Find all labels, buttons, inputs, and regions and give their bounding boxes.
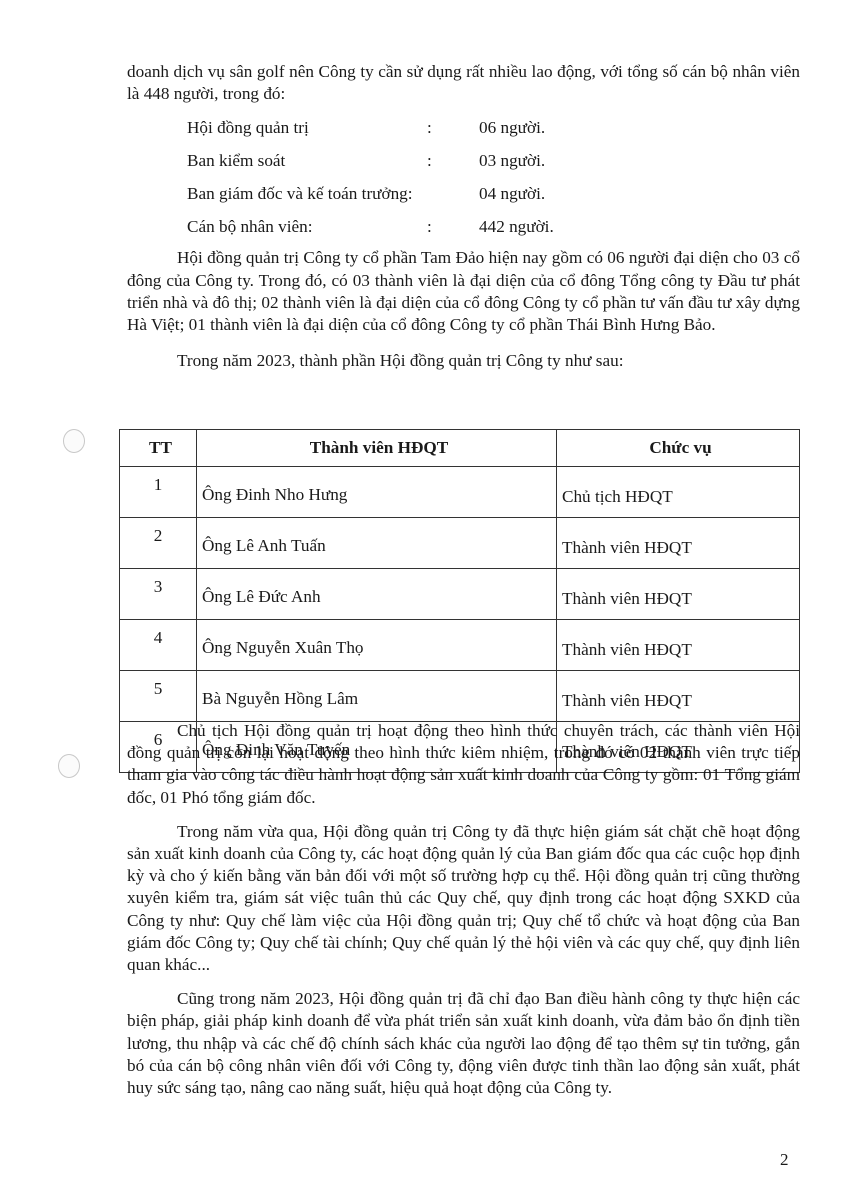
table-row: 4 Ông Nguyễn Xuân Thọ Thành viên HĐQT (120, 620, 800, 671)
staff-value: 04 người. (479, 183, 545, 205)
document-page: doanh dịch vụ sân golf nên Công ty cần s… (0, 0, 849, 1200)
cell-position: Thành viên HĐQT (557, 518, 800, 569)
table-row: 2 Ông Lê Anh Tuấn Thành viên HĐQT (120, 518, 800, 569)
staff-value: 442 người. (479, 216, 554, 238)
staff-breakdown-item: Hội đồng quản trị : 06 người. (127, 111, 800, 144)
staff-label: Ban giám đốc và kế toán trưởng: (127, 183, 427, 205)
cell-position: Thành viên HĐQT (557, 671, 800, 722)
table-row: 1 Ông Đinh Nho Hưng Chủ tịch HĐQT (120, 467, 800, 518)
cell-member-name: Ông Lê Anh Tuấn (197, 518, 557, 569)
chairman-paragraph: Chủ tịch Hội đồng quản trị hoạt động the… (127, 720, 800, 809)
staff-breakdown-item: Ban kiểm soát : 03 người. (127, 144, 800, 177)
staff-label: Ban kiểm soát (127, 150, 427, 172)
cell-tt: 3 (120, 569, 197, 620)
cell-member-name: Ông Nguyễn Xuân Thọ (197, 620, 557, 671)
header-position: Chức vụ (557, 430, 800, 467)
cell-position: Thành viên HĐQT (557, 569, 800, 620)
staff-breakdown-item: Ban giám đốc và kế toán trưởng: 04 người… (127, 177, 800, 210)
staff-breakdown-list: Hội đồng quản trị : 06 người. Ban kiểm s… (127, 111, 800, 243)
staff-label: Hội đồng quản trị (127, 117, 427, 139)
page-number: 2 (780, 1150, 789, 1170)
table-header-row: TT Thành viên HĐQT Chức vụ (120, 430, 800, 467)
intro-paragraph: doanh dịch vụ sân golf nên Công ty cần s… (127, 61, 800, 105)
header-tt: TT (120, 430, 197, 467)
supervision-paragraph: Trong năm vừa qua, Hội đồng quản trị Côn… (127, 821, 800, 976)
staff-breakdown-item: Cán bộ nhân viên: : 442 người. (127, 210, 800, 243)
cell-member-name: Ông Đinh Nho Hưng (197, 467, 557, 518)
staff-value: 03 người. (479, 150, 545, 172)
cell-member-name: Ông Lê Đức Anh (197, 569, 557, 620)
staff-colon: : (427, 216, 479, 238)
table-row: 5 Bà Nguyễn Hồng Lâm Thành viên HĐQT (120, 671, 800, 722)
cell-position: Chủ tịch HĐQT (557, 467, 800, 518)
table-row: 3 Ông Lê Đức Anh Thành viên HĐQT (120, 569, 800, 620)
board-composition-paragraph: Hội đồng quản trị Công ty cổ phần Tam Đả… (127, 247, 800, 336)
cell-tt: 1 (120, 467, 197, 518)
document-body-top: doanh dịch vụ sân golf nên Công ty cần s… (127, 61, 800, 372)
cell-tt: 4 (120, 620, 197, 671)
punch-hole-mark (58, 754, 80, 778)
staff-colon: : (427, 150, 479, 172)
staff-colon: : (427, 117, 479, 139)
staff-value: 06 người. (479, 117, 545, 139)
table-intro-paragraph: Trong năm 2023, thành phần Hội đồng quản… (127, 350, 800, 372)
direction-paragraph: Cũng trong năm 2023, Hội đồng quản trị đ… (127, 988, 800, 1099)
punch-hole-mark (63, 429, 85, 453)
staff-label: Cán bộ nhân viên: (127, 216, 427, 238)
document-body-bottom: Chủ tịch Hội đồng quản trị hoạt động the… (127, 720, 800, 1099)
header-member: Thành viên HĐQT (197, 430, 557, 467)
cell-tt: 2 (120, 518, 197, 569)
cell-position: Thành viên HĐQT (557, 620, 800, 671)
cell-member-name: Bà Nguyễn Hồng Lâm (197, 671, 557, 722)
cell-tt: 5 (120, 671, 197, 722)
